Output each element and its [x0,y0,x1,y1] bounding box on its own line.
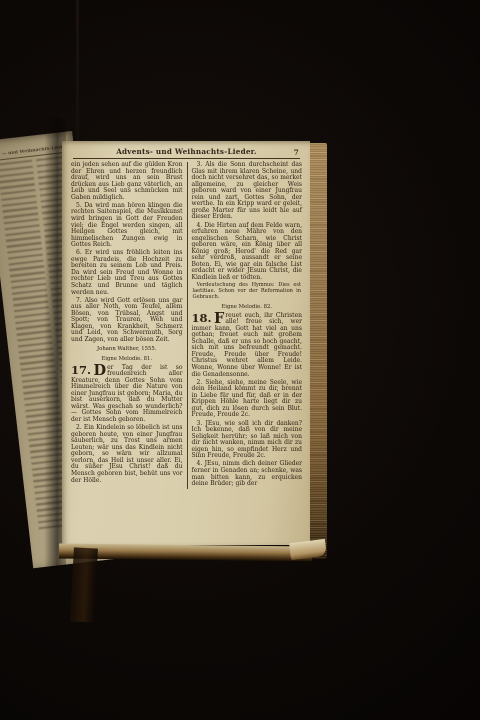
hymn16-verse6: 6. Er wird uns fröhlich leiten ins ewge … [71,250,183,296]
book-cover-edge [70,547,98,622]
left-column: ein jeden sehen auf die gülden Kron der … [71,162,187,489]
hymn17-verse4: 4. Die Hirten auf dem Felde warn, erfuhr… [192,223,303,282]
hymn18-verse2: 2. Siehe, siehe, meine Seele, wie dein H… [192,380,303,419]
hymn18-melody-note: Eigne Melodie. 82. [192,304,303,311]
hymn17-dropcap: D [94,365,107,377]
hymn17-number: 17. [71,365,91,377]
hymn17-verse1: 17.Der Tag der ist so freudenreich aller… [71,365,183,424]
hymn18-verse1: 18.Freuet euch, ihr Christen alle! freue… [192,313,303,378]
page-content: Advents- und Weihnachts-Lieder. 7 ein je… [62,141,310,545]
right-column: 3. Als die Sonn durchscheint das Glas mi… [187,162,303,489]
photo-background: — und Weihnachts-Lieder. Advents- und We… [0,0,480,720]
page-fore-edge [310,143,327,559]
hymn18-dropcap: F [214,313,224,325]
running-header: Advents- und Weihnachts-Lieder. 7 [73,147,300,159]
hymn17-history-note: Verdeutschung des Hymnus: Dies est laeti… [193,283,302,300]
running-title: Advents- und Weihnachts-Lieder. [116,147,257,156]
page-number: 7 [294,148,299,157]
hymn16-attribution: Johann Walther, 1555. [71,346,183,353]
hymn17-verse3: 3. Als die Sonn durchscheint das Glas mi… [192,162,303,221]
hymn16-continuation: ein jeden sehen auf die gülden Kron der … [71,162,183,201]
book-page: Advents- und Weihnachts-Lieder. 7 ein je… [62,141,310,545]
hymn16-verse7: 7. Also wird Gott erlösen uns gar aus al… [71,298,183,344]
hymn18-verse3: 3. JEsu, wie soll ich dir danken? Ich be… [192,421,303,460]
hymn17-verse2: 2. Ein Kindelein so löbelich ist uns geb… [71,425,183,484]
hymn18-verse4: 4. JEsu, nimm dich deiner Glieder ferner… [192,461,303,487]
two-column-text: ein jeden sehen auf die gülden Kron der … [71,162,302,489]
book-spine-seam [76,0,79,145]
hymn16-verse5: 5. Da wird man hören klingen die rechten… [71,203,183,249]
hymn18-number: 18. [192,313,212,325]
hymn17-melody-note: Eigne Melodie. 81. [71,356,183,363]
